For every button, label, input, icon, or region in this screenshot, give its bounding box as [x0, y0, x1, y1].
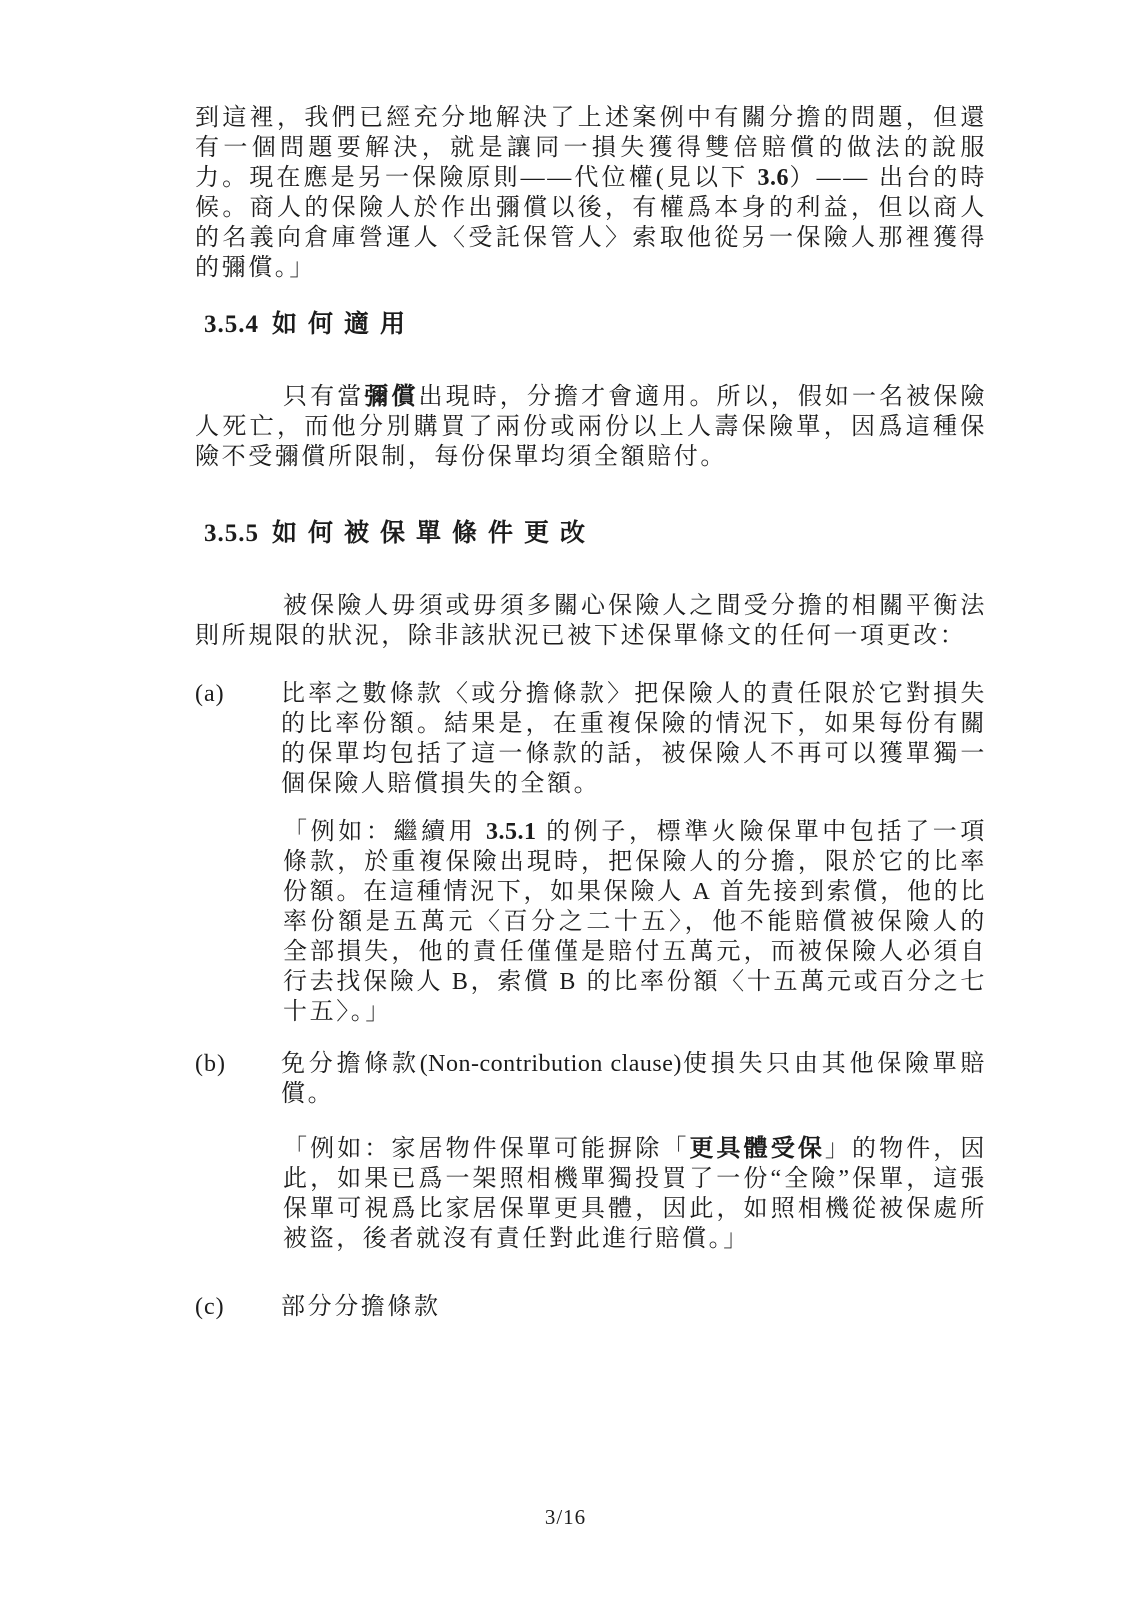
quote-text-pre: 「例如：繼續用 — [283, 819, 486, 845]
intro-paragraph: 到這裡，我們已經充分地解決了上述案例中有關分擔的問題，但還有一個問題要解決，就是… — [195, 103, 987, 283]
quote-text-pre: 「例如：家居物件保單可能摒除「 — [283, 1136, 689, 1162]
example-quote-b: 「例如：家居物件保單可能摒除「更具體受保」的物件，因此，如果已爲一架照相機單獨投… — [283, 1134, 987, 1254]
list-item-c-text: 部分分擔條款 — [281, 1292, 987, 1322]
list-marker-a: (a) — [195, 679, 281, 799]
quote-section-ref: 3.5.1 — [486, 819, 537, 845]
section-title: 如何被保單條件更改 — [272, 517, 596, 551]
para-bold-term: 彌償 — [364, 384, 418, 410]
paragraph-3-5-5: 被保險人毋須或毋須多關心保險人之間受分擔的相關平衡法則所規限的狀況，除非該狀況已… — [195, 591, 987, 651]
page-content: 到這裡，我們已經充分地解決了上述案例中有關分擔的問題，但還有一個問題要解決，就是… — [195, 103, 987, 1322]
list-marker-c: (c) — [195, 1292, 281, 1322]
intro-section-ref: 3.6 — [757, 165, 789, 191]
list-item-c: (c) 部分分擔條款 — [195, 1292, 987, 1322]
list-item-a-text: 比率之數條款〈或分擔條款〉把保險人的責任限於它對損失的比率份額。結果是，在重複保… — [281, 679, 987, 799]
list-marker-b: (b) — [195, 1049, 281, 1109]
item-b-english-term: (Non-contribution clause) — [420, 1051, 682, 1077]
quote-bold-term: 更具體受保 — [689, 1136, 824, 1162]
document-page: 到這裡，我們已經充分地解決了上述案例中有關分擔的問題，但還有一個問題要解決，就是… — [0, 0, 1131, 1600]
item-b-text-pre: 免分擔條款 — [281, 1051, 420, 1077]
page-number: 3/16 — [0, 1505, 1131, 1530]
section-heading-3-5-4: 3.5.4 如何適用 — [195, 308, 987, 342]
section-number: 3.5.5 — [204, 517, 272, 551]
section-heading-3-5-5: 3.5.5 如何被保單條件更改 — [195, 517, 987, 551]
list-item-a: (a) 比率之數條款〈或分擔條款〉把保險人的責任限於它對損失的比率份額。結果是，… — [195, 679, 987, 799]
para-text-pre: 只有當 — [283, 384, 364, 410]
example-quote-a: 「例如：繼續用 3.5.1 的例子，標準火險保單中包括了一項條款，於重複保險出現… — [283, 817, 987, 1027]
section-title: 如何適用 — [272, 308, 416, 342]
section-number: 3.5.4 — [204, 308, 272, 342]
paragraph-3-5-4: 只有當彌償出現時，分擔才會適用。所以，假如一名被保險人死亡，而他分別購買了兩份或… — [195, 382, 987, 472]
quote-text-post: 的例子，標準火險保單中包括了一項條款，於重複保險出現時，把保險人的分擔，限於它的… — [283, 819, 987, 1025]
list-item-b-text: 免分擔條款(Non-contribution clause)使損失只由其他保險單… — [281, 1049, 987, 1109]
list-item-b: (b) 免分擔條款(Non-contribution clause)使損失只由其… — [195, 1049, 987, 1109]
